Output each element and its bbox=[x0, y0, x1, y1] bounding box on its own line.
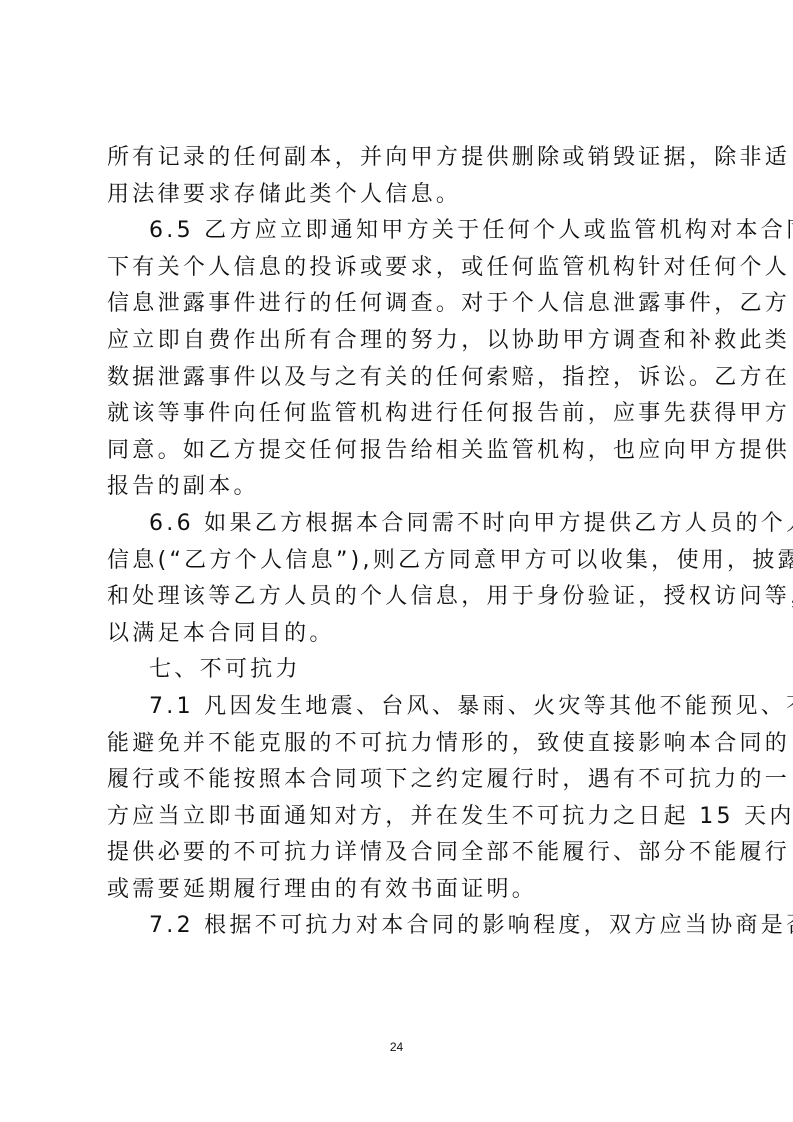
page-number: 24 bbox=[0, 1040, 793, 1054]
text-line: 就该等事件向任何监管机构进行任何报告前，应事先获得甲方 bbox=[107, 396, 697, 433]
text-line: 报告的副本。 bbox=[107, 469, 697, 506]
text-line: 履行或不能按照本合同项下之约定履行时，遇有不可抗力的一 bbox=[107, 762, 697, 799]
text-line: 提供必要的不可抗力详情及合同全部不能履行、部分不能履行 bbox=[107, 835, 697, 872]
text-line: 用法律要求存储此类个人信息。 bbox=[107, 177, 697, 214]
text-line: 所有记录的任何副本，并向甲方提供删除或销毁证据，除非适 bbox=[107, 140, 697, 177]
text-line: 同意。如乙方提交任何报告给相关监管机构，也应向甲方提供 bbox=[107, 433, 697, 470]
document-body: 所有记录的任何副本，并向甲方提供删除或销毁证据，除非适 用法律要求存储此类个人信… bbox=[107, 140, 697, 945]
text-line: 数据泄露事件以及与之有关的任何索赔，指控，诉讼。乙方在 bbox=[107, 360, 697, 397]
clause-7-2-start: 7.2 根据不可抗力对本合同的影响程度，双方应当协商是否 bbox=[107, 908, 697, 945]
text-line: 以满足本合同目的。 bbox=[107, 616, 697, 653]
section-7-heading: 七、不可抗力 bbox=[107, 652, 697, 689]
clause-6-6-start: 6.6 如果乙方根据本合同需不时向甲方提供乙方人员的个人 bbox=[107, 506, 697, 543]
text-line: 或需要延期履行理由的有效书面证明。 bbox=[107, 872, 697, 909]
text-line: 信息(“乙方个人信息”),则乙方同意甲方可以收集，使用，披露 bbox=[107, 543, 697, 580]
text-line: 和处理该等乙方人员的个人信息，用于身份验证，授权访问等， bbox=[107, 579, 697, 616]
text-line: 方应当立即书面通知对方，并在发生不可抗力之日起 15 天内， bbox=[107, 799, 697, 836]
text-line: 应立即自费作出所有合理的努力，以协助甲方调查和补救此类 bbox=[107, 323, 697, 360]
clause-6-5-start: 6.5 乙方应立即通知甲方关于任何个人或监管机构对本合同 bbox=[107, 213, 697, 250]
clause-7-1-start: 7.1 凡因发生地震、台风、暴雨、火灾等其他不能预见、不 bbox=[107, 689, 697, 726]
text-line: 下有关个人信息的投诉或要求，或任何监管机构针对任何个人 bbox=[107, 250, 697, 287]
text-line: 信息泄露事件进行的任何调查。对于个人信息泄露事件，乙方 bbox=[107, 286, 697, 323]
document-page: 所有记录的任何副本，并向甲方提供删除或销毁证据，除非适 用法律要求存储此类个人信… bbox=[0, 0, 793, 1122]
text-line: 能避免并不能克服的不可抗力情形的，致使直接影响本合同的 bbox=[107, 726, 697, 763]
